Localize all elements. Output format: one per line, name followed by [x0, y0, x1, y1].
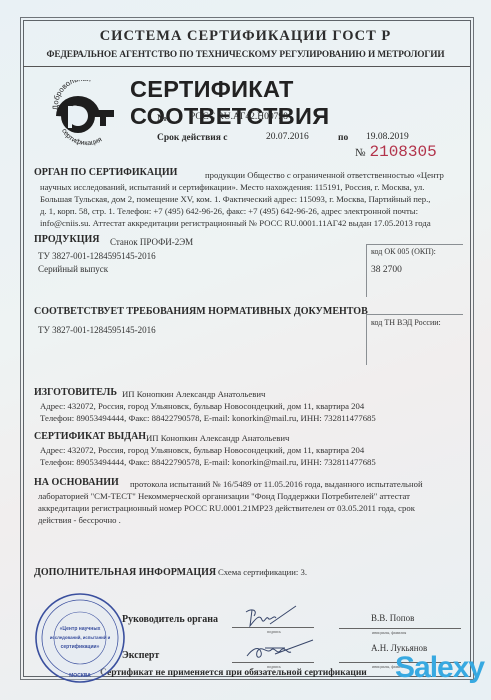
expert-signature-icon: [245, 638, 315, 664]
okp-value: 38 2700: [371, 264, 402, 276]
manufacturer-contacts: Телефон: 89053494444, Факс: 88422790578,…: [40, 412, 376, 424]
head-signature-icon: [240, 604, 300, 630]
voluntary-note: Сертификат не применяется при обязательн…: [100, 668, 367, 678]
issued-to-contacts: Телефон: 89053494444, Факс: 88422790578,…: [40, 456, 376, 468]
valid-from: 20.07.2016: [266, 132, 309, 142]
cert-body-line-1: продукции Общество с ограниченной ответс…: [205, 169, 444, 181]
head-name: В.В. Попов: [371, 612, 414, 624]
head-name-line: [339, 628, 461, 629]
cert-number-label: №: [157, 113, 167, 124]
issued-to-address: Адрес: 432072, Россия, город Ульяновск, …: [40, 444, 364, 456]
basis-line-1: протокола испытаний № 16/5489 от 11.05.2…: [130, 478, 423, 490]
manufacturer-name: ИП Конопкин Александр Анатольевич: [122, 388, 265, 400]
valid-to: 19.08.2019: [366, 132, 409, 142]
additional-info-heading: ДОПОЛНИТЕЛЬНАЯ ИНФОРМАЦИЯ: [34, 567, 216, 578]
head-name-caption: инициалы, фамилия: [372, 630, 406, 635]
stamp-text-2: исследований, испытаний и: [50, 635, 111, 640]
stamp-text-1: «Центр научных: [60, 626, 101, 632]
agency-heading: ФЕДЕРАЛЬНОЕ АГЕНТСТВО ПО ТЕХНИЧЕСКОМУ РЕ…: [0, 50, 491, 60]
okp-label: код ОК 005 (ОКП):: [371, 246, 436, 258]
product-spec: ТУ 3827-001-1284595145-2016: [38, 250, 156, 262]
certification-scheme: Схема сертификации: 3.: [218, 566, 307, 578]
conformity-heading: СООТВЕТСТВУЕТ ТРЕБОВАНИЯМ НОРМАТИВНЫХ ДО…: [34, 306, 368, 317]
stamp-bottom-text: МОСКВА: [69, 673, 91, 679]
issued-to-heading: СЕРТИФИКАТ ВЫДАН: [34, 431, 146, 442]
rst-logo-icon: Добровольная сертификация: [48, 80, 118, 148]
stamp-text-3: сертификации»: [61, 643, 100, 650]
cert-body-heading: ОРГАН ПО СЕРТИФИКАЦИИ: [34, 167, 177, 178]
basis-line-3: аккредитации регистрационный номер РОСС …: [38, 502, 415, 514]
product-release: Серийный выпуск: [38, 263, 108, 275]
basis-line-2: лабораторией "СМ-ТЕСТ" Некоммерческой ор…: [38, 490, 410, 502]
manufacturer-heading: ИЗГОТОВИТЕЛЬ: [34, 387, 117, 398]
issued-to-name: ИП Конопкин Александр Анатольевич: [146, 432, 289, 444]
cert-body-line-4: д. 1, корп. 58, стр. 1. Телефон: +7 (495…: [40, 205, 418, 217]
basis-line-4: действия - бессрочно .: [38, 514, 121, 526]
cert-body-line-2: научных исследований, испытаний и сертиф…: [40, 181, 424, 193]
document-title: СЕРТИФИКАТ СООТВЕТСТВИЯ: [130, 76, 491, 130]
form-number-label: №: [355, 147, 366, 159]
valid-to-label: по: [338, 133, 348, 143]
head-of-body-label: Руководитель органа: [122, 614, 218, 625]
basis-heading: НА ОСНОВАНИИ: [34, 477, 119, 488]
expert-label: Эксперт: [122, 650, 159, 661]
form-number-value: 2108305: [370, 143, 437, 161]
normative-document: ТУ 3827-001-1284595145-2016: [38, 324, 156, 336]
cert-body-line-5: info@cniis.su. Аттестат аккредитации рег…: [40, 217, 431, 229]
validity-label: Срок действия с: [157, 133, 227, 143]
salexy-watermark: Salexy: [395, 651, 484, 685]
manufacturer-address: Адрес: 432072, Россия, город Ульяновск, …: [40, 400, 364, 412]
seal-stamp-icon: «Центр научных исследований, испытаний и…: [34, 592, 126, 684]
cert-number: РОСС RU.АГ42.Н00798: [190, 112, 288, 122]
tnved-label: код ТН ВЭД России:: [371, 317, 441, 329]
certification-system-heading: СИСТЕМА СЕРТИФИКАЦИИ ГОСТ Р: [0, 28, 491, 45]
product-name: Станок ПРОФИ-2ЭМ: [110, 236, 193, 248]
header-divider: [23, 66, 470, 67]
cert-body-line-3: Большая Тульская, дом 2, помещение XV, к…: [40, 193, 430, 205]
form-number: №2108305: [355, 143, 437, 161]
product-heading: ПРОДУКЦИЯ: [34, 234, 99, 245]
